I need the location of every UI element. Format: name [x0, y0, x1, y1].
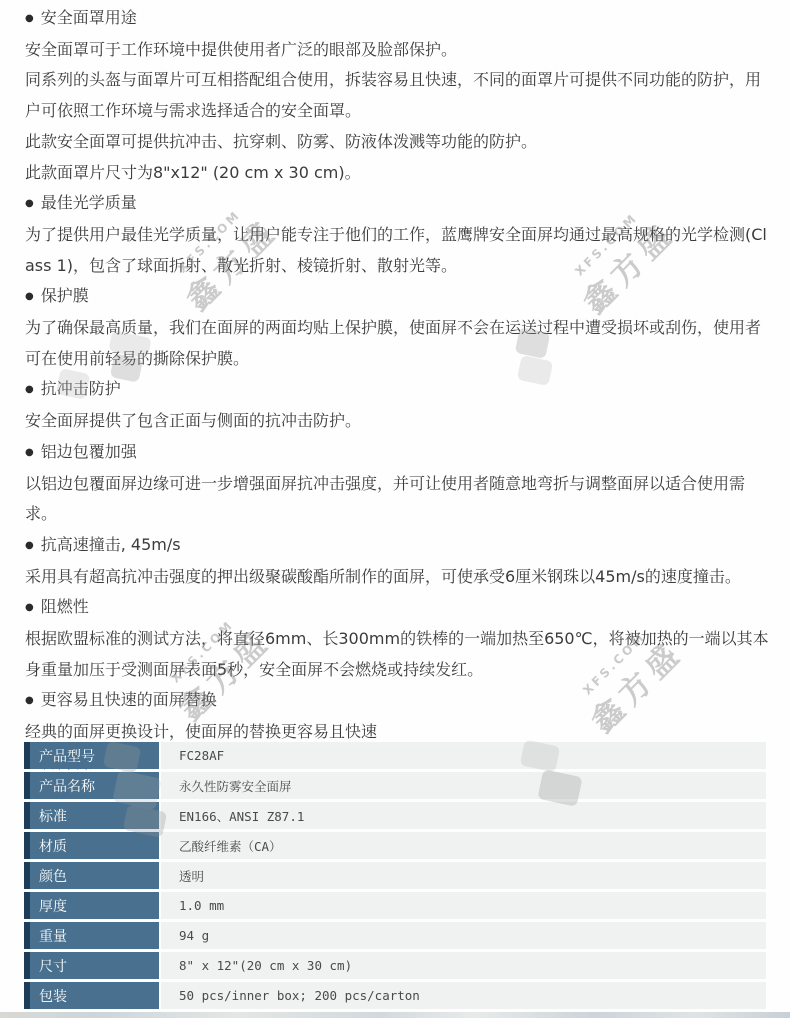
bullet-icon: ● — [25, 438, 34, 469]
section-heading: ●抗冲击防护 — [25, 374, 771, 406]
spec-label: 尺寸 — [39, 956, 67, 976]
section-heading: ●更容易且快速的面屏替换 — [25, 685, 771, 717]
spec-label-cell: 重量 — [24, 922, 159, 949]
spec-row: 颜色透明 — [24, 862, 766, 889]
bullet-icon: ● — [25, 282, 34, 313]
section-heading: ●安全面罩用途 — [25, 3, 771, 35]
section-heading-text: 最佳光学质量 — [41, 193, 137, 212]
spec-label: 产品名称 — [39, 776, 95, 796]
paragraph: 同系列的头盔与面罩片可互相搭配组合使用，拆装容易且快速，不同的面罩片可提供不同功… — [25, 65, 771, 126]
section-heading: ●最佳光学质量 — [25, 188, 771, 220]
product-detail-page: XFS.COM 鑫方盛 XFS.COM 鑫方盛 XFS.COM 鑫方盛 XFS.… — [0, 0, 790, 1018]
bullet-icon: ● — [25, 593, 34, 624]
paragraph-text: 同系列的头盔与面罩片可互相搭配组合使用，拆装容易且快速，不同的面罩片可提供不同功… — [25, 70, 761, 120]
section-heading-text: 更容易且快速的面屏替换 — [41, 690, 217, 709]
paragraph: 此款面罩片尺寸为8"x12" (20 cm x 30 cm)。 — [25, 158, 771, 189]
section-heading-text: 保护膜 — [41, 286, 89, 305]
section-heading: ●抗高速撞击, 45m/s — [25, 530, 771, 562]
paragraph: 以铝边包覆面屏边缘可进一步增强面屏抗冲击强度，并可让使用者随意地弯折与调整面屏以… — [25, 469, 771, 530]
spec-label-cell: 产品型号 — [24, 742, 159, 769]
section-heading: ●阻燃性 — [25, 592, 771, 624]
spec-row: 包装50 pcs/inner box; 200 pcs/carton — [24, 982, 766, 1009]
spec-row: 标准EN166、ANSI Z87.1 — [24, 802, 766, 829]
spec-value: 8" x 12"(20 cm x 30 cm) — [161, 952, 766, 979]
paragraph-text: 为了提供用户最佳光学质量，让用户能专注于他们的工作，蓝鹰牌安全面屏均通过最高规格… — [25, 225, 767, 275]
spec-label: 产品型号 — [39, 746, 95, 766]
paragraph-text: 安全面罩可于工作环境中提供使用者广泛的眼部及脸部保护。 — [25, 40, 457, 59]
paragraph-text: 此款面罩片尺寸为8"x12" (20 cm x 30 cm)。 — [25, 163, 361, 182]
section-heading-text: 铝边包覆加强 — [41, 442, 137, 461]
spec-row: 厚度1.0 mm — [24, 892, 766, 919]
section-heading-text: 安全面罩用途 — [41, 8, 137, 27]
section-heading: ●保护膜 — [25, 281, 771, 313]
label-edge-accent — [24, 982, 30, 1009]
spec-label-cell: 厚度 — [24, 892, 159, 919]
spec-row: 重量94 g — [24, 922, 766, 949]
spec-label-cell: 包装 — [24, 982, 159, 1009]
section-heading: ●铝边包覆加强 — [25, 437, 771, 469]
spec-label: 标准 — [39, 806, 67, 826]
paragraph: 安全面屏提供了包含正面与侧面的抗冲击防护。 — [25, 406, 771, 437]
paragraph-text: 此款安全面罩可提供抗冲击、抗穿刺、防雾、防液体泼溅等功能的防护。 — [25, 132, 537, 151]
spec-label-cell: 材质 — [24, 832, 159, 859]
spec-value: 透明 — [161, 862, 766, 889]
bullet-icon: ● — [25, 189, 34, 220]
paragraph-text: 采用具有超高抗冲击强度的押出级聚碳酸酯所制作的面屏，可使承受6厘米钢珠以45m/… — [25, 567, 741, 586]
spec-value: 50 pcs/inner box; 200 pcs/carton — [161, 982, 766, 1009]
bottom-image-strip — [0, 1012, 790, 1018]
bullet-icon: ● — [25, 531, 34, 562]
spec-row: 产品型号FC28AF — [24, 742, 766, 769]
paragraph: 为了提供用户最佳光学质量，让用户能专注于他们的工作，蓝鹰牌安全面屏均通过最高规格… — [25, 220, 771, 281]
spec-label-cell: 颜色 — [24, 862, 159, 889]
spec-value: 乙酸纤维素（CA） — [161, 832, 766, 859]
spec-label: 重量 — [39, 926, 67, 946]
label-edge-accent — [24, 952, 30, 979]
product-description: ●安全面罩用途安全面罩可于工作环境中提供使用者广泛的眼部及脸部保护。同系列的头盔… — [25, 3, 771, 780]
spec-label: 材质 — [39, 836, 67, 856]
section-heading-text: 阻燃性 — [41, 597, 89, 616]
paragraph-text: 为了确保最高质量，我们在面屏的两面均贴上保护膜，使面屏不会在运送过程中遭受损坏或… — [25, 318, 761, 368]
spec-value: EN166、ANSI Z87.1 — [161, 802, 766, 829]
label-edge-accent — [24, 742, 30, 769]
label-edge-accent — [24, 862, 30, 889]
paragraph: 为了确保最高质量，我们在面屏的两面均贴上保护膜，使面屏不会在运送过程中遭受损坏或… — [25, 313, 771, 374]
paragraph: 根据欧盟标准的测试方法，将直径6mm、长300mm的铁棒的一端加热至650℃，将… — [25, 624, 771, 685]
spec-value: 1.0 mm — [161, 892, 766, 919]
spec-label: 包装 — [39, 986, 67, 1006]
label-edge-accent — [24, 772, 30, 799]
spec-label: 厚度 — [39, 896, 67, 916]
paragraph-text: 安全面屏提供了包含正面与侧面的抗冲击防护。 — [25, 411, 361, 430]
spec-table: 产品型号FC28AF产品名称永久性防雾安全面屏标准EN166、ANSI Z87.… — [24, 742, 766, 1012]
section-heading-text: 抗高速撞击, 45m/s — [41, 535, 181, 554]
spec-label-cell: 尺寸 — [24, 952, 159, 979]
label-edge-accent — [24, 832, 30, 859]
label-edge-accent — [24, 922, 30, 949]
spec-label-cell: 产品名称 — [24, 772, 159, 799]
paragraph-text: 经典的面屏更换设计，使面屏的替换更容易且快速 — [25, 722, 377, 741]
paragraph-text: 以铝边包覆面屏边缘可进一步增强面屏抗冲击强度，并可让使用者随意地弯折与调整面屏以… — [25, 474, 745, 524]
spec-row: 产品名称永久性防雾安全面屏 — [24, 772, 766, 799]
spec-value: 94 g — [161, 922, 766, 949]
label-edge-accent — [24, 892, 30, 919]
spec-row: 尺寸8" x 12"(20 cm x 30 cm) — [24, 952, 766, 979]
spec-value: FC28AF — [161, 742, 766, 769]
section-heading-text: 抗冲击防护 — [41, 379, 121, 398]
paragraph-text: 根据欧盟标准的测试方法，将直径6mm、长300mm的铁棒的一端加热至650℃，将… — [25, 629, 769, 679]
spec-row: 材质乙酸纤维素（CA） — [24, 832, 766, 859]
spec-label-cell: 标准 — [24, 802, 159, 829]
bullet-icon: ● — [25, 4, 34, 35]
bullet-icon: ● — [25, 686, 34, 717]
paragraph: 安全面罩可于工作环境中提供使用者广泛的眼部及脸部保护。 — [25, 35, 771, 66]
label-edge-accent — [24, 802, 30, 829]
spec-label: 颜色 — [39, 866, 67, 886]
paragraph: 采用具有超高抗冲击强度的押出级聚碳酸酯所制作的面屏，可使承受6厘米钢珠以45m/… — [25, 562, 771, 593]
paragraph: 此款安全面罩可提供抗冲击、抗穿刺、防雾、防液体泼溅等功能的防护。 — [25, 127, 771, 158]
spec-value: 永久性防雾安全面屏 — [161, 772, 766, 799]
bullet-icon: ● — [25, 375, 34, 406]
